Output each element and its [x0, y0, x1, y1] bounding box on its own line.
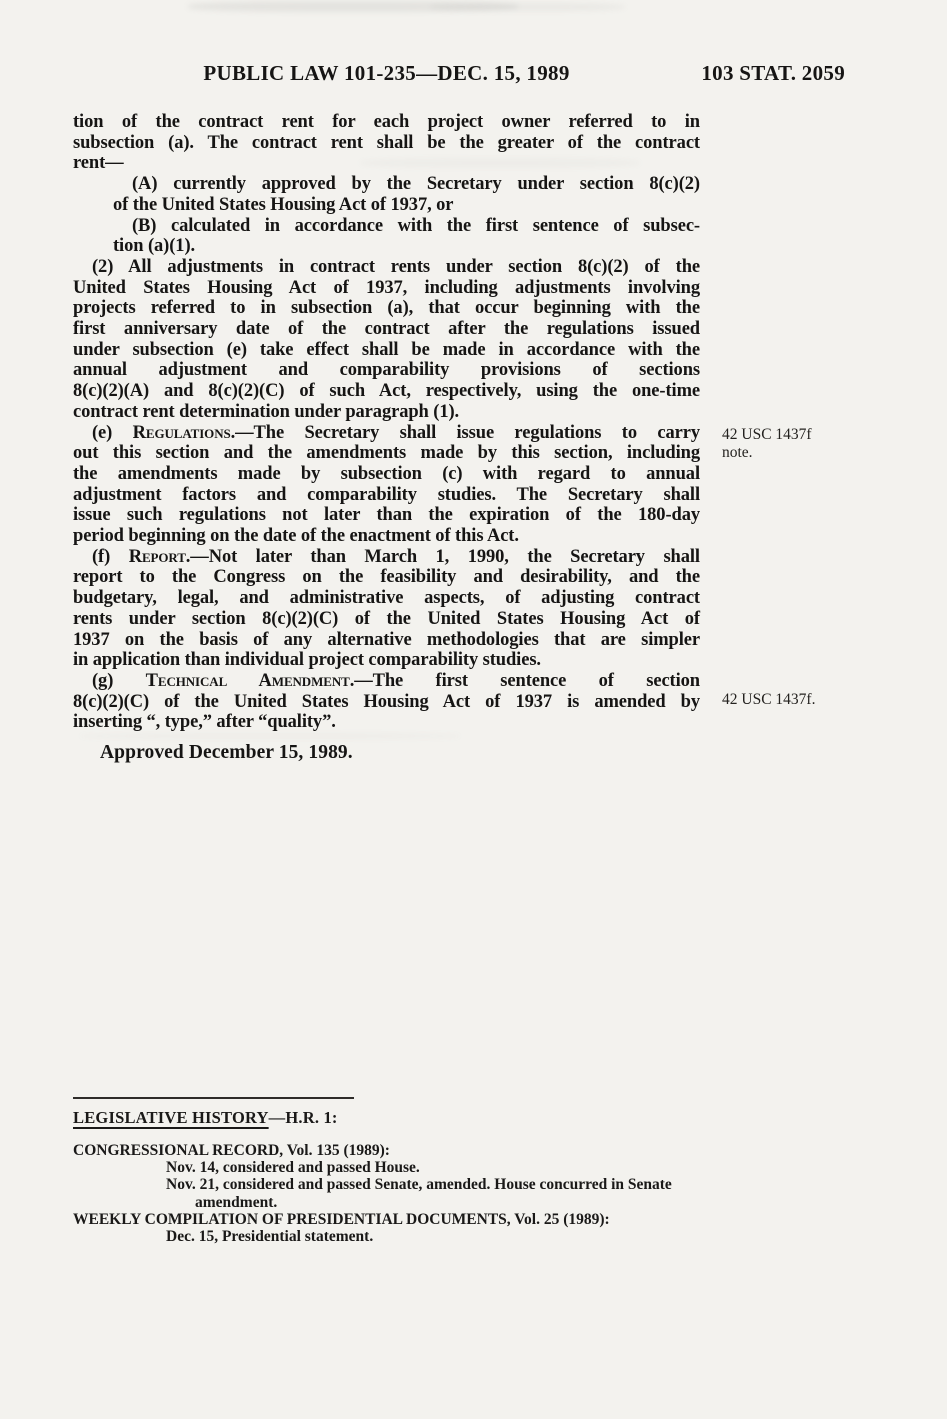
- text-line: rent—: [73, 153, 700, 174]
- usc-margin-note: 42 USC 1437fnote.: [722, 426, 847, 462]
- legislative-history: LEGISLATIVE HISTORY—H.R. 1: CONGRESSIONA…: [73, 1097, 733, 1245]
- text-line: tion (a)(1).: [73, 236, 700, 257]
- legislative-history-title: LEGISLATIVE HISTORY: [73, 1108, 269, 1127]
- text-line: 8(c)(2)(A) and 8(c)(2)(C) of such Act, r…: [73, 381, 700, 402]
- text-line: inserting “, type,” after “quality”.: [73, 712, 700, 733]
- text-line: United States Housing Act of 1937, inclu…: [73, 278, 700, 299]
- text-line: issue such regulations not later than th…: [73, 505, 700, 526]
- divider-rule: [73, 1097, 354, 1099]
- subparagraph-A: (A) currently approved by the Secretary …: [73, 174, 700, 215]
- scan-smudge: [188, 1, 518, 12]
- usc-margin-note: 42 USC 1437f.: [722, 691, 847, 709]
- legislative-history-entry: Nov. 14, considered and passed House.: [73, 1159, 733, 1176]
- text-line: the amendments made by subsection (c) wi…: [73, 464, 700, 485]
- law-number-heading: PUBLIC LAW 101-235—DEC. 15, 1989: [73, 61, 700, 86]
- legislative-history-heading: LEGISLATIVE HISTORY—H.R. 1:: [73, 1108, 733, 1128]
- scan-smudge: [80, 733, 460, 739]
- approval-line: Approved December 15, 1989.: [100, 742, 353, 764]
- small-caps-heading: Regulations: [133, 423, 231, 443]
- small-caps-heading: Report: [129, 547, 186, 567]
- text-line: in application than individual project c…: [73, 650, 700, 671]
- margin-note-line: 42 USC 1437f.: [722, 691, 847, 709]
- text-line: adjustment factors and comparability stu…: [73, 485, 700, 506]
- legislative-history-entry: WEEKLY COMPILATION OF PRESIDENTIAL DOCUM…: [73, 1211, 733, 1228]
- margin-note-line: 42 USC 1437f: [722, 426, 847, 444]
- text-line: subsection (a). The contract rent shall …: [73, 133, 700, 154]
- text-line: (f) Report.—Not later than March 1, 1990…: [73, 547, 700, 568]
- legislative-history-entries: CONGRESSIONAL RECORD, Vol. 135 (1989):No…: [73, 1142, 733, 1245]
- stat-page-number: 103 STAT. 2059: [701, 61, 845, 86]
- text-line: (A) currently approved by the Secretary …: [73, 174, 700, 195]
- text-line: tion of the contract rent for each proje…: [73, 112, 700, 133]
- text-line: 1937 on the basis of any alternative met…: [73, 630, 700, 651]
- page-header: PUBLIC LAW 101-235—DEC. 15, 1989 103 STA…: [73, 61, 845, 87]
- text-line: (B) calculated in accordance with the fi…: [73, 216, 700, 237]
- bill-number: —H.R. 1:: [269, 1108, 338, 1127]
- text-line: (g) Technical Amendment.—The first sente…: [73, 671, 700, 692]
- small-caps-heading: Technical Amendment: [146, 671, 350, 691]
- margin-note-line: note.: [722, 444, 847, 462]
- text-line: first anniversary date of the contract a…: [73, 319, 700, 340]
- statute-text-column: tion of the contract rent for each proje…: [73, 112, 700, 733]
- text-line: contract rent determination under paragr…: [73, 402, 700, 423]
- continuation-paragraph: tion of the contract rent for each proje…: [73, 112, 700, 174]
- text-line: under subsection (e) take effect shall b…: [73, 340, 700, 361]
- text-line: rents under section 8(c)(2)(C) of the Un…: [73, 609, 700, 630]
- scan-smudge: [430, 3, 625, 11]
- subsection-e-regulations: (e) Regulations.—The Secretary shall iss…: [73, 423, 700, 547]
- text-line: 8(c)(2)(C) of the United States Housing …: [73, 692, 700, 713]
- statute-page: PUBLIC LAW 101-235—DEC. 15, 1989 103 STA…: [0, 0, 947, 1419]
- subsection-f-report: (f) Report.—Not later than March 1, 1990…: [73, 547, 700, 671]
- text-line: out this section and the amendments made…: [73, 443, 700, 464]
- text-line: of the United States Housing Act of 1937…: [73, 195, 700, 216]
- legislative-history-entry: CONGRESSIONAL RECORD, Vol. 135 (1989):: [73, 1142, 733, 1159]
- subsection-g-technical-amendment: (g) Technical Amendment.—The first sente…: [73, 671, 700, 733]
- text-line: projects referred to in subsection (a), …: [73, 298, 700, 319]
- text-line: period beginning on the date of the enac…: [73, 526, 700, 547]
- legislative-history-entry: Dec. 15, Presidential statement.: [73, 1228, 733, 1245]
- text-line: report to the Congress on the feasibilit…: [73, 567, 700, 588]
- text-line: (e) Regulations.—The Secretary shall iss…: [73, 423, 700, 444]
- subparagraph-B: (B) calculated in accordance with the fi…: [73, 216, 700, 257]
- text-line: (2) All adjustments in contract rents un…: [73, 257, 700, 278]
- text-line: budgetary, legal, and administrative asp…: [73, 588, 700, 609]
- legislative-history-entry: Nov. 21, considered and passed Senate, a…: [73, 1176, 733, 1193]
- legislative-history-entry: amendment.: [73, 1194, 733, 1211]
- paragraph-2: (2) All adjustments in contract rents un…: [73, 257, 700, 423]
- text-line: annual adjustment and comparability prov…: [73, 360, 700, 381]
